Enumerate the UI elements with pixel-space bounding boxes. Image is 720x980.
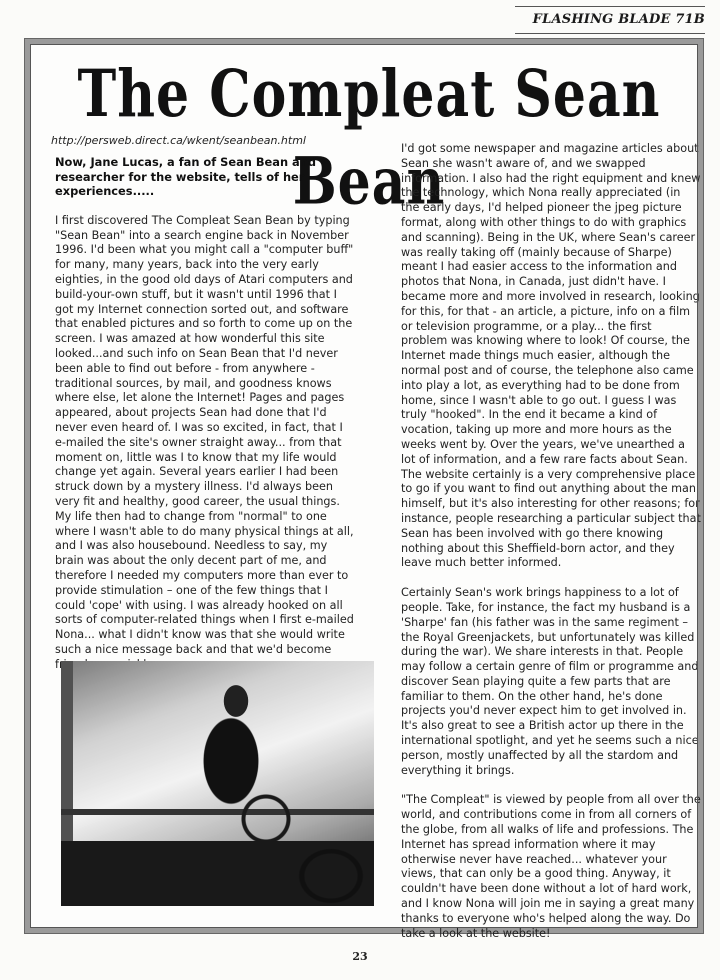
article-frame: The Compleat Sean Bean http://persweb.di… — [24, 38, 704, 934]
website-url[interactable]: http://persweb.direct.ca/wkent/seanbean.… — [51, 134, 306, 147]
article-intro: Now, Jane Lucas, a fan of Sean Bean and … — [55, 155, 355, 199]
film-still-photo — [61, 661, 374, 906]
left-column: Now, Jane Lucas, a fan of Sean Bean and … — [55, 155, 355, 672]
paragraph: Certainly Sean's work brings happiness t… — [401, 586, 701, 778]
paragraph: I first discovered The Compleat Sean Bea… — [55, 214, 355, 673]
paragraph: I'd got some newspaper and magazine arti… — [401, 142, 701, 571]
publication-name: FLASHING BLADE 71B — [533, 12, 705, 27]
paragraph: "The Compleat" is viewed by people from … — [401, 793, 701, 941]
right-column: I'd got some newspaper and magazine arti… — [401, 142, 701, 941]
running-header: FLASHING BLADE 71B — [515, 6, 705, 34]
page-number: 23 — [0, 950, 720, 963]
